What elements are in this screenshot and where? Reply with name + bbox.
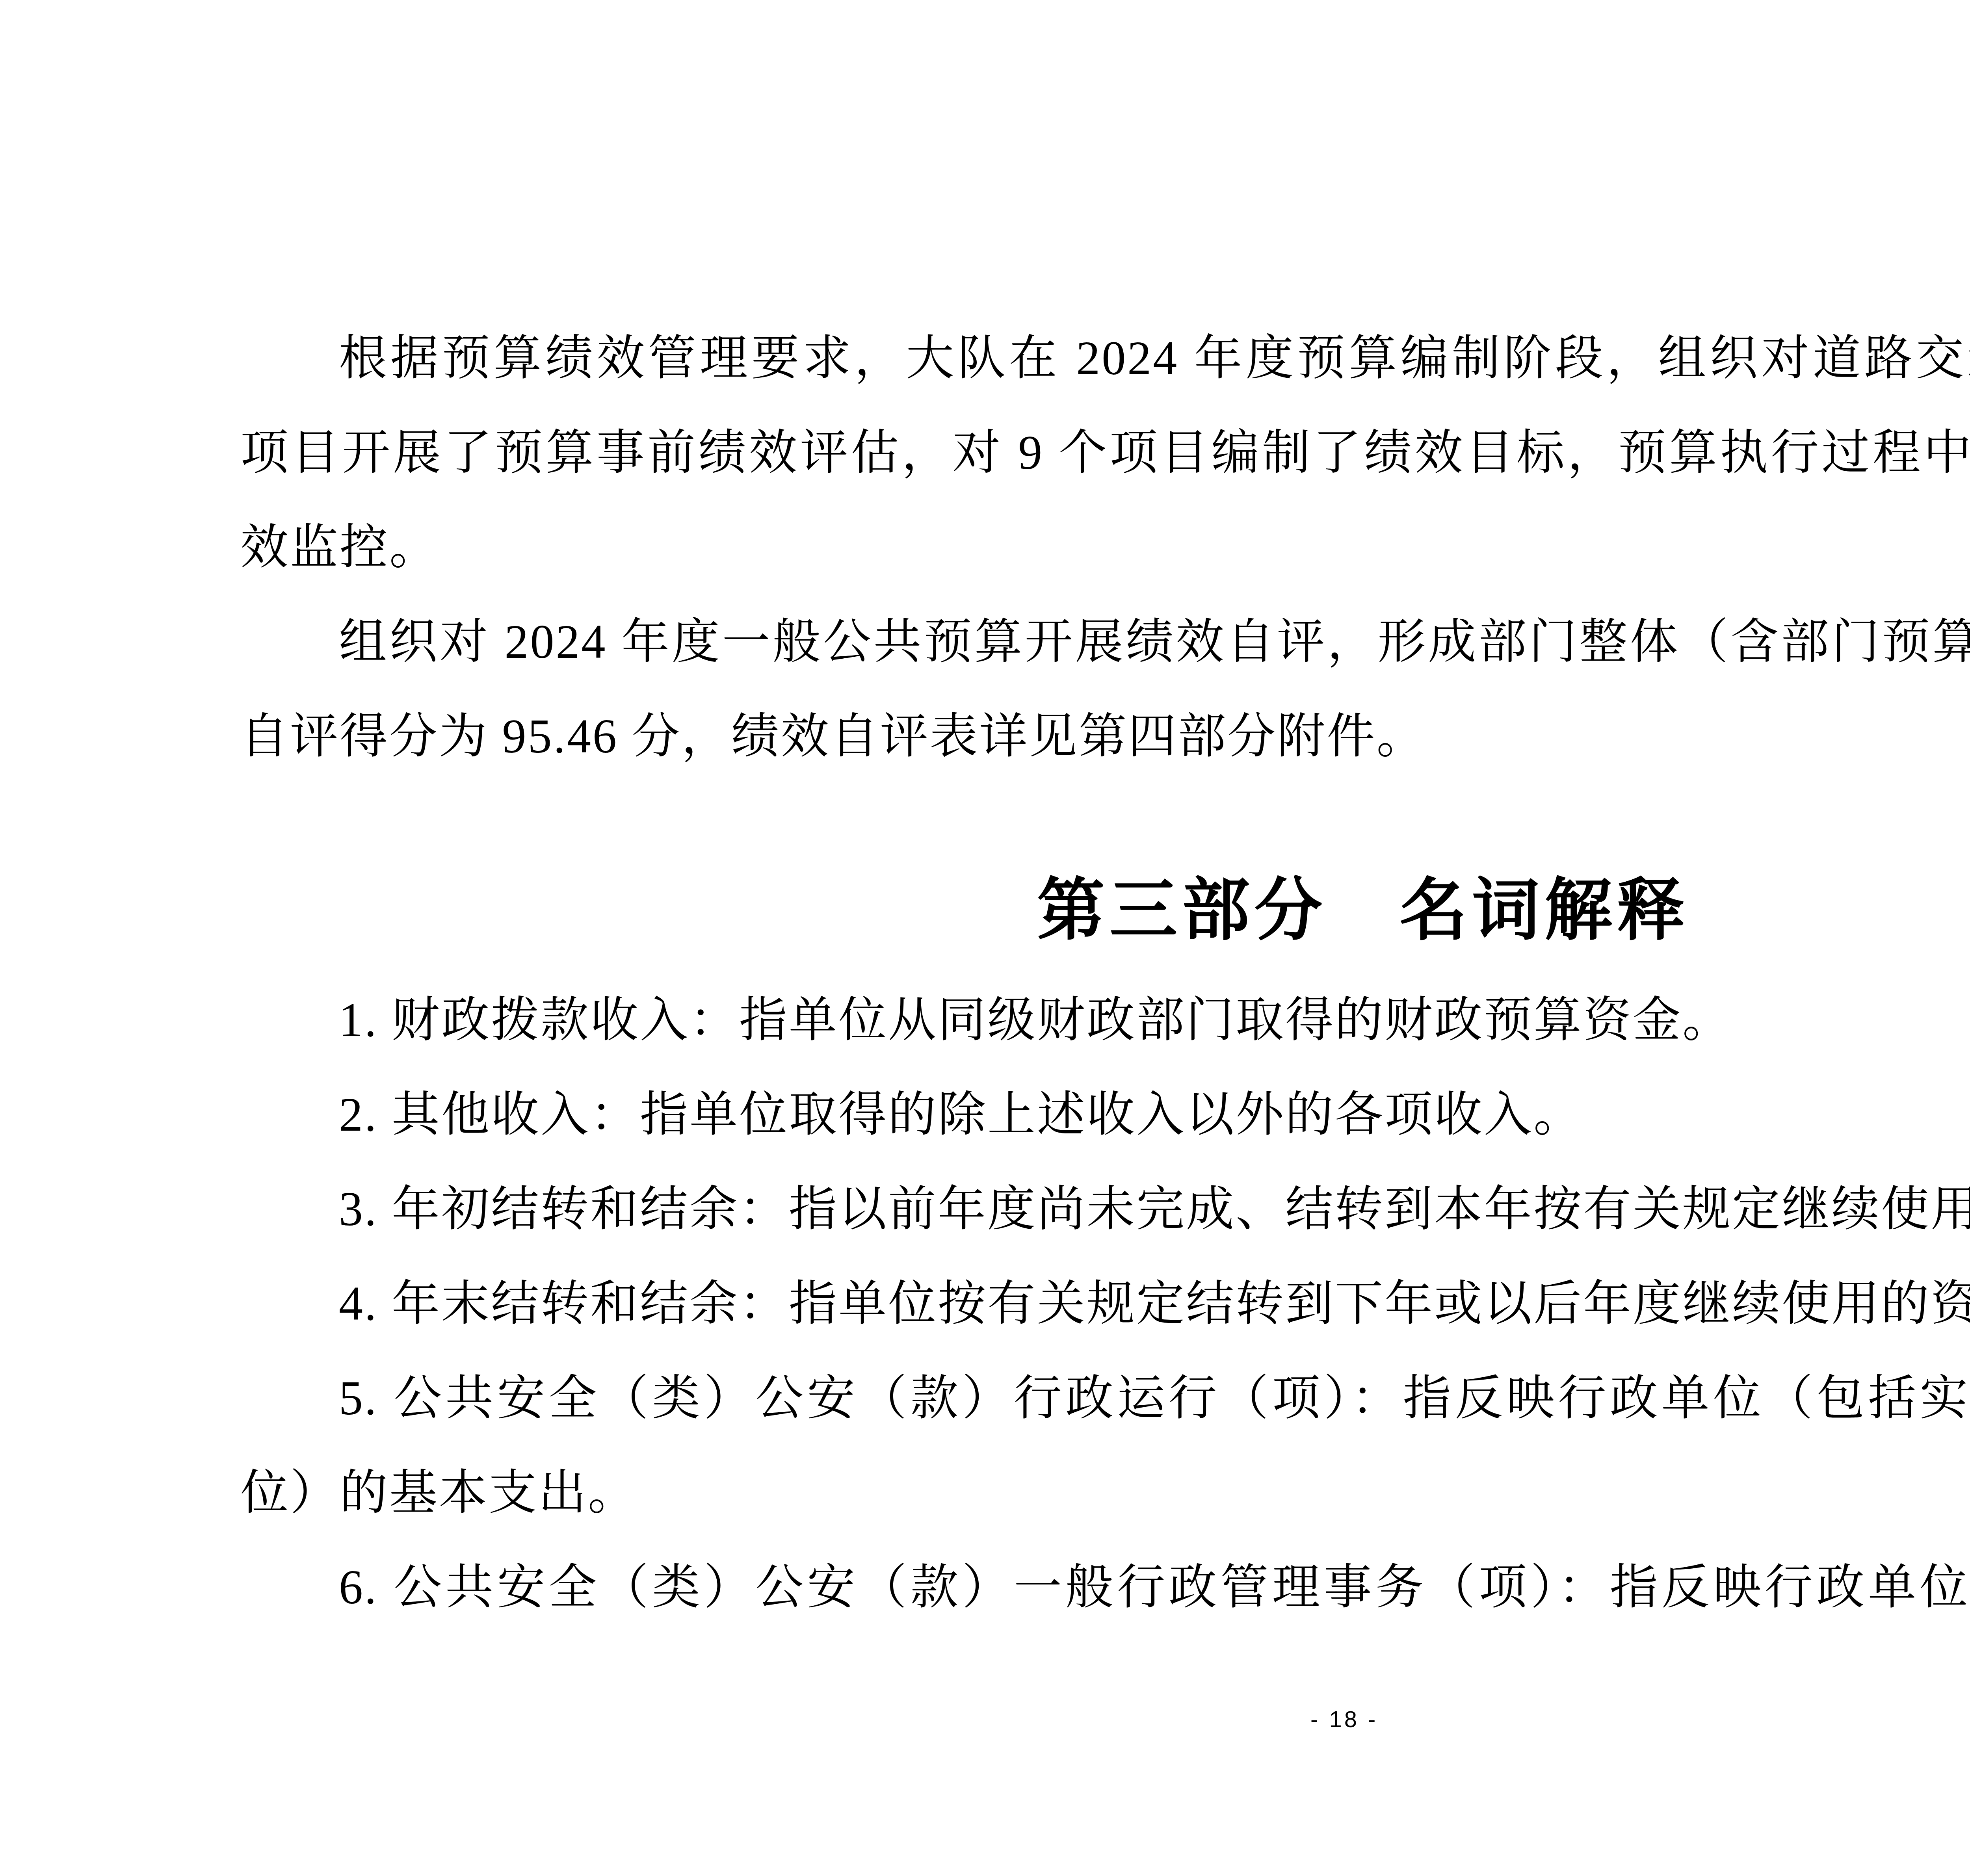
text-line: 效监控。 [240, 500, 1970, 595]
glossary-item-6: 6. 公共安全（类）公安（款）一般行政管理事务（项）：指反映行政单位（包括实行公… [240, 1540, 1970, 1635]
text-line: 自评得分为 95.46 分，绩效自评表详见第四部分附件。 [240, 689, 1970, 784]
glossary-item-4: 4. 年末结转和结余：指单位按有关规定结转到下年或以后年度继续使用的资金。 [240, 1257, 1970, 1351]
glossary-item-3: 3. 年初结转和结余：指以前年度尚未完成、结转到本年按有关规定继续使用的资金。 [240, 1162, 1970, 1257]
section-heading: 第三部分 名词解释 [240, 847, 1970, 973]
paragraph-budget-performance: 根据预算绩效管理要求，大队在 2024 年度预算编制阶段，组织对道路交通管理经费… [240, 311, 1970, 595]
page-content: 根据预算绩效管理要求，大队在 2024 年度预算编制阶段，组织对道路交通管理经费… [240, 311, 1970, 1635]
text-line: 根据预算绩效管理要求，大队在 2024 年度预算编制阶段，组织对道路交通管理经费… [240, 311, 1970, 406]
glossary-item-2: 2. 其他收入：指单位取得的除上述收入以外的各项收入。 [240, 1068, 1970, 1162]
document-page: 根据预算绩效管理要求，大队在 2024 年度预算编制阶段，组织对道路交通管理经费… [0, 0, 1970, 1876]
glossary-item-5: 5. 公共安全（类）公安（款）行政运行（项）：指反映行政单位（包括实行公务员管理… [240, 1351, 1970, 1446]
paragraph-self-evaluation: 组织对 2024 年度一般公共预算开展绩效自评，形成部门整体（含部门预算项目）绩… [240, 595, 1970, 784]
glossary-item-5-continuation: 位）的基本支出。 [240, 1446, 1970, 1540]
glossary-item-1: 1. 财政拨款收入：指单位从同级财政部门取得的财政预算资金。 [240, 973, 1970, 1068]
glossary-list: 1. 财政拨款收入：指单位从同级财政部门取得的财政预算资金。 2. 其他收入：指… [240, 973, 1970, 1635]
page-number: - 18 - [1310, 1707, 1378, 1732]
text-line: 组织对 2024 年度一般公共预算开展绩效自评，形成部门整体（含部门预算项目）绩… [240, 595, 1970, 689]
page-footer: - 18 - [0, 1672, 1970, 1767]
text-line: 项目开展了预算事前绩效评估，对 9 个项目编制了绩效目标，预算执行过程中，选取 … [240, 406, 1970, 500]
